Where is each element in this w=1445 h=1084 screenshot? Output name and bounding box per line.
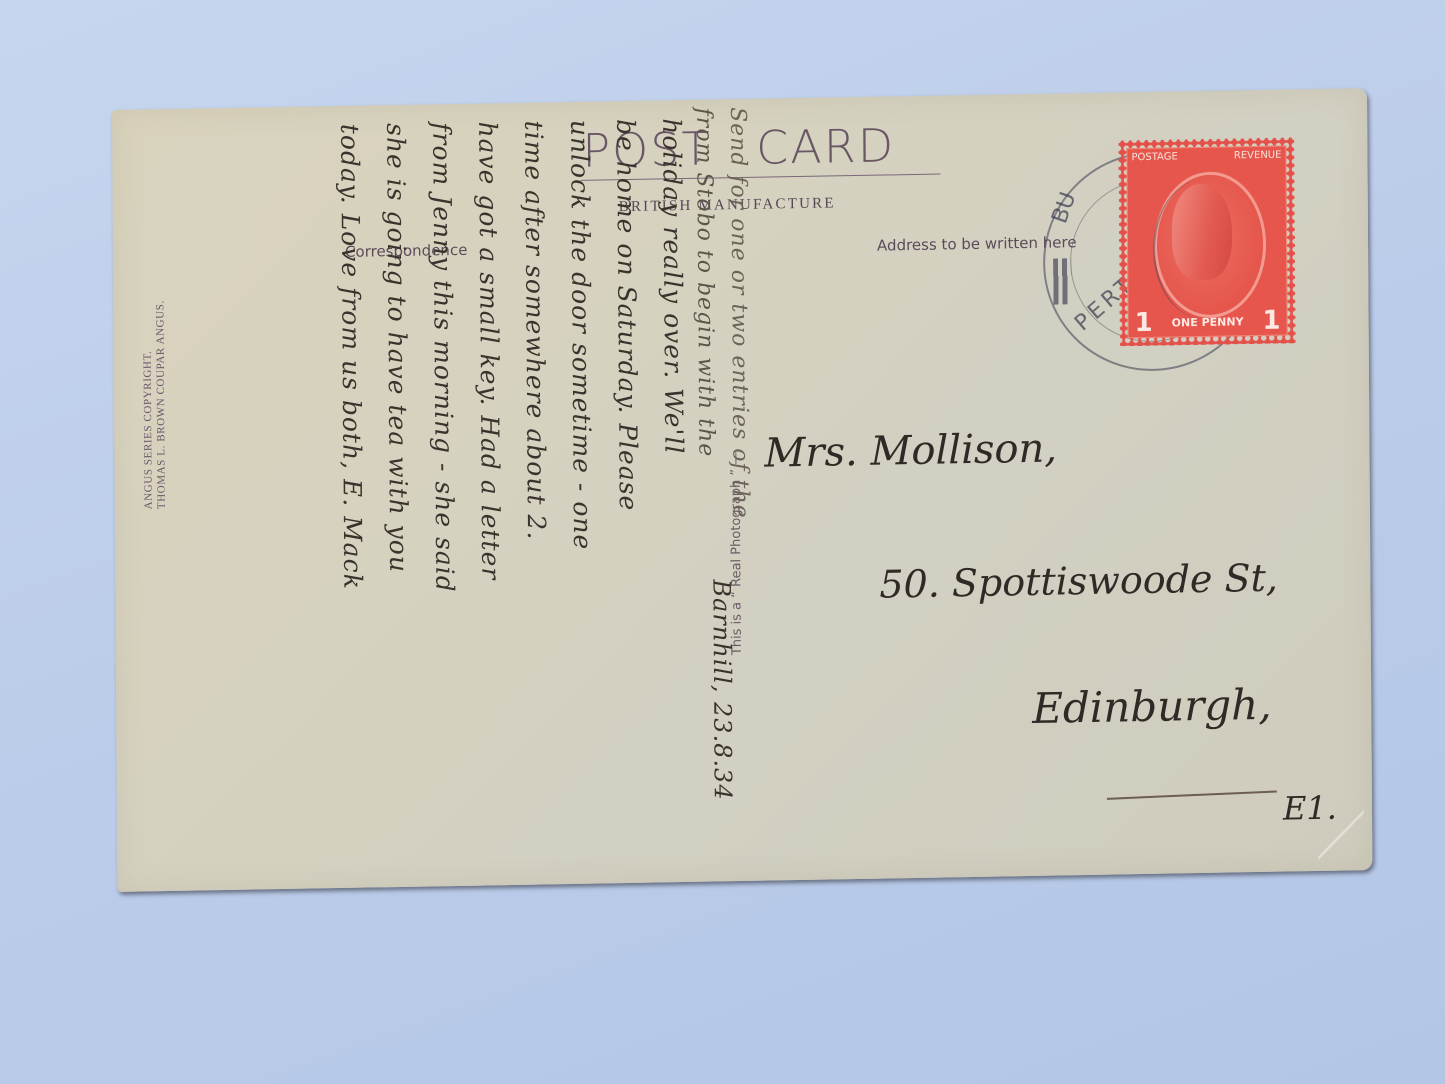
stamp-revenue-label: REVENUE — [1234, 150, 1282, 167]
address-street: 50. Spottiswoode St, — [879, 556, 1278, 607]
message-line: holiday really over. We'll — [657, 118, 688, 455]
handwritten-message: Send for one or two entries of the from … — [112, 88, 1367, 110]
postmark-bars — [1053, 258, 1071, 304]
message-line: she is going to have tea with you — [381, 123, 413, 573]
place-date: Barnhill, 23.8.34 — [707, 579, 737, 801]
stamp-header: POSTAGE REVENUE — [1131, 150, 1281, 169]
postmark-town-top: BU — [1047, 189, 1081, 227]
message-line: Send for one or two entries of the — [725, 107, 753, 519]
address-city: Edinburgh, — [1032, 680, 1272, 733]
message-line: unlock the door sometime - one — [565, 120, 597, 551]
message-line: have got a small key. Had a letter — [473, 121, 505, 580]
address-district: E1. — [1283, 789, 1337, 828]
stamp-postage-label: POSTAGE — [1131, 151, 1177, 168]
address-underline — [1107, 790, 1277, 799]
publisher-credit: ANGUS SERIES COPYRIGHT. THOMAS L. BROWN … — [141, 300, 168, 509]
message-line: from Stobo to begin with the — [691, 107, 718, 457]
message-line: be home on Saturday. Please — [611, 119, 643, 512]
addressee-name: Mrs. Mollison, — [764, 426, 1057, 477]
stamp-numeral-right: 1 — [1262, 306, 1280, 336]
publisher-line-2: THOMAS L. BROWN COUPAR ANGUS. — [154, 300, 168, 509]
message-line: today. Love from us both, E. Mack — [335, 124, 367, 590]
message-line: from Jenny this morning - she said — [427, 122, 459, 593]
stamp-numeral-left: 1 — [1134, 308, 1152, 338]
postcard: POST CARD BRITISH MANUFACTURE Correspond… — [112, 88, 1372, 892]
message-line: time after somewhere about 2. — [519, 120, 551, 540]
